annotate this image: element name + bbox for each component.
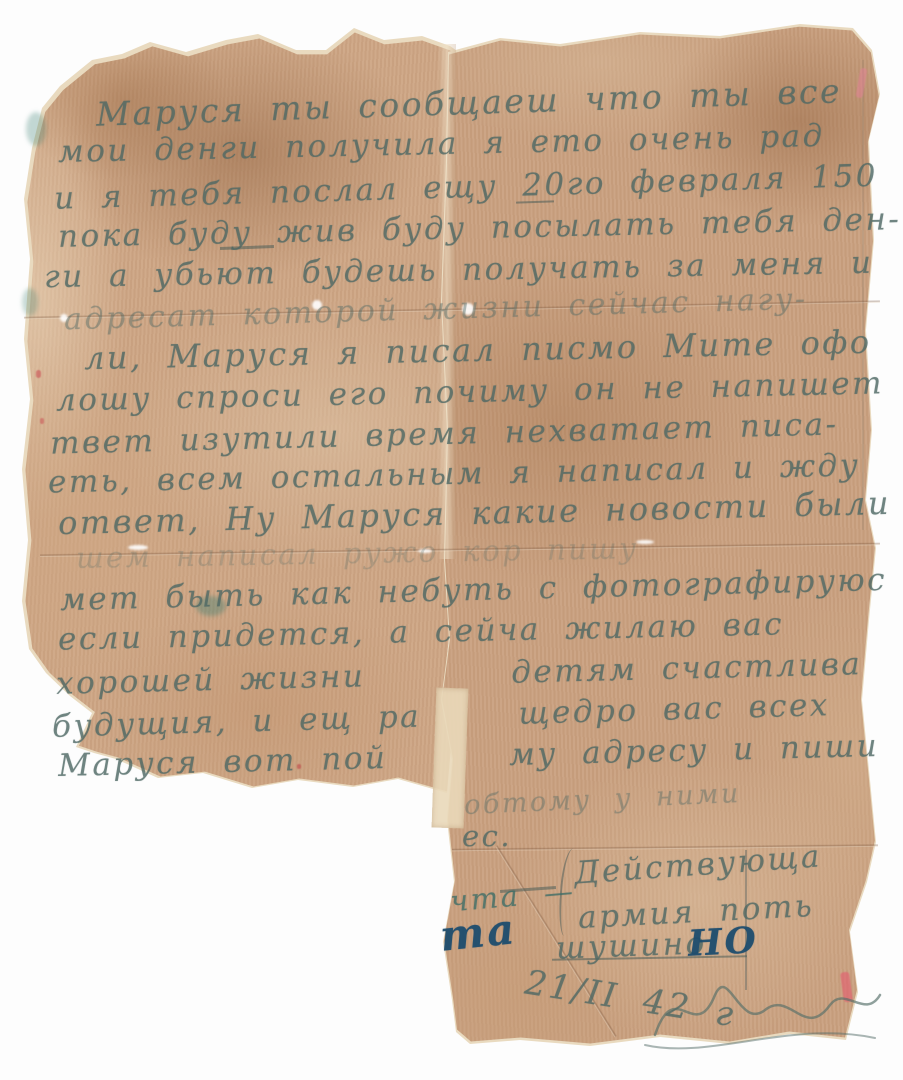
crease-line-vertical [862, 60, 864, 530]
signature-flourish [640, 950, 890, 1060]
ink-smudge [22, 288, 38, 316]
handwritten-line: ес. [462, 822, 512, 851]
stamp-fragment-ta: та [438, 908, 519, 958]
red-speck [40, 418, 44, 424]
scanned-letter-photo: Маруся ты сообщаеш что ты все мои денги … [0, 0, 903, 1080]
red-speck [36, 370, 41, 378]
ink-smudge [26, 112, 46, 146]
